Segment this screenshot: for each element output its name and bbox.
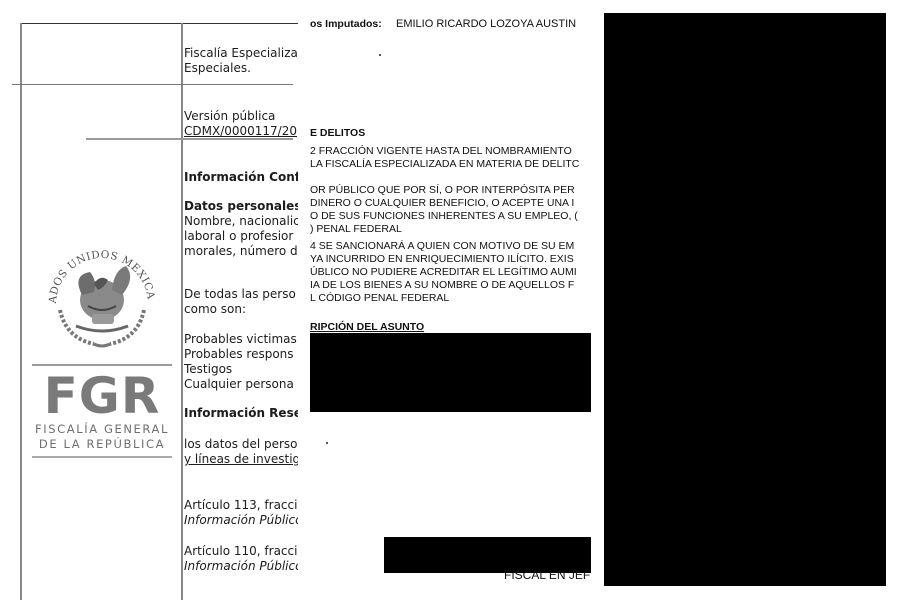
article-line: Información Públicc — [184, 559, 298, 574]
description-heading: RIPCIÓN DEL ASUNTO — [310, 321, 424, 333]
unit-line: Especiales. — [184, 61, 298, 76]
crime-line: 2 FRACCIÓN VIGENTE HASTA DEL NOMBRAMIENT… — [310, 145, 572, 157]
personal-data-line: morales, número d — [184, 244, 298, 259]
persons-intro-line: como son: — [184, 302, 298, 317]
persons-list-item: Cualquier persona — [184, 377, 298, 392]
public-version-ref: Versión pública CDMX/0000117/20 — [184, 109, 298, 139]
signature-caption: FISCAL EN JEF — [504, 569, 590, 581]
persons-list-item: Testigos — [184, 362, 298, 377]
fgr-name-line2: DE LA REPÚBLICA — [28, 437, 176, 452]
persons-intro-line: De todas las perso — [184, 287, 298, 302]
scan-speck — [326, 442, 328, 444]
version-line: Versión pública — [184, 109, 298, 124]
case-number: CDMX/0000117/20 — [184, 124, 298, 139]
article-110: Artículo 110, fraccic Información Públic… — [184, 544, 298, 574]
persons-intro: De todas las perso como son: — [184, 287, 298, 317]
reserved-line: los datos del perso — [184, 437, 298, 452]
persons-list-item: Probables victimas — [184, 332, 298, 347]
crime-line: IA DE LOS BIENES A SU NOMBRE O DE AQUELL… — [310, 279, 574, 291]
crime-line: 4 SE SANCIONARÁ A QUIEN CON MOTIVO DE SU… — [310, 240, 574, 252]
mexican-seal-icon: ESTADOS UNIDOS MEXICANOS — [42, 240, 162, 358]
article-113: Artículo 113, fraccic Información Públic… — [184, 498, 298, 528]
crime-line: O DE SUS FUNCIONES INHERENTES A SU EMPLE… — [310, 210, 578, 222]
article-line: Artículo 113, fraccic — [184, 498, 298, 513]
logo-divider — [32, 456, 172, 458]
crime-line: OR PÚBLICO QUE POR SÍ, O POR INTERPÓSITA… — [310, 184, 575, 196]
scan-speck — [379, 54, 381, 56]
article-line: Información Públicc — [184, 513, 298, 528]
scanned-case-page: os Imputados: EMILIO RICARDO LOZOYA AUST… — [298, 0, 606, 600]
persons-list: Probables victimas Probables respons Tes… — [184, 332, 298, 392]
fully-redacted-page — [604, 13, 886, 586]
confidential-heading: Información Confic — [184, 170, 298, 185]
crime-line: DINERO O CUALQUIER BENEFICIO, O ACEPTE U… — [310, 197, 574, 209]
fgr-name-line1: FISCALÍA GENERAL — [28, 422, 176, 437]
fgr-acronym: FGR — [28, 370, 176, 422]
reserved-heading: Información Reser — [184, 406, 298, 421]
personal-data-block: Datos personales Nombre, nacionalic labo… — [184, 199, 298, 259]
crime-line: LA FISCALÍA ESPECIALIZADA EN MATERIA DE … — [310, 158, 579, 170]
reserved-line: y líneas de investig — [184, 452, 298, 467]
accused-label: os Imputados: — [310, 18, 382, 30]
personal-data-heading: Datos personales — [184, 199, 298, 214]
crime-line: ) PENAL FEDERAL — [310, 223, 402, 235]
persons-list-item: Probables respons — [184, 347, 298, 362]
reserved-lines: los datos del perso y líneas de investig — [184, 437, 298, 467]
unit-name: Fiscalía Especializa Especiales. — [184, 46, 298, 76]
crime-line: YA INCURRIDO EN ENRIQUECIMIENTO ILÍCITO.… — [310, 253, 574, 265]
personal-data-line: Nombre, nacionalic — [184, 214, 298, 229]
crimes-heading: E DELITOS — [310, 127, 365, 139]
article-line: Artículo 110, fraccic — [184, 544, 298, 559]
crime-line: ÚBLICO NO PUDIERE ACREDITAR EL LEGÍTIMO … — [310, 266, 577, 278]
unit-line: Fiscalía Especializa — [184, 46, 298, 61]
fgr-cover-page: Fiscalía Especializa Especiales. Versión… — [0, 0, 298, 600]
fgr-logo: ESTADOS UNIDOS MEXICANOS FGR FISCALÍA GE… — [28, 240, 176, 458]
redaction-block — [310, 333, 591, 412]
personal-data-line: laboral o profesior — [184, 229, 298, 244]
crime-line: L CÓDIGO PENAL FEDERAL — [310, 292, 449, 304]
logo-divider — [32, 364, 172, 366]
table-top-border — [20, 23, 298, 24]
accused-name: EMILIO RICARDO LOZOYA AUSTIN — [396, 18, 576, 30]
